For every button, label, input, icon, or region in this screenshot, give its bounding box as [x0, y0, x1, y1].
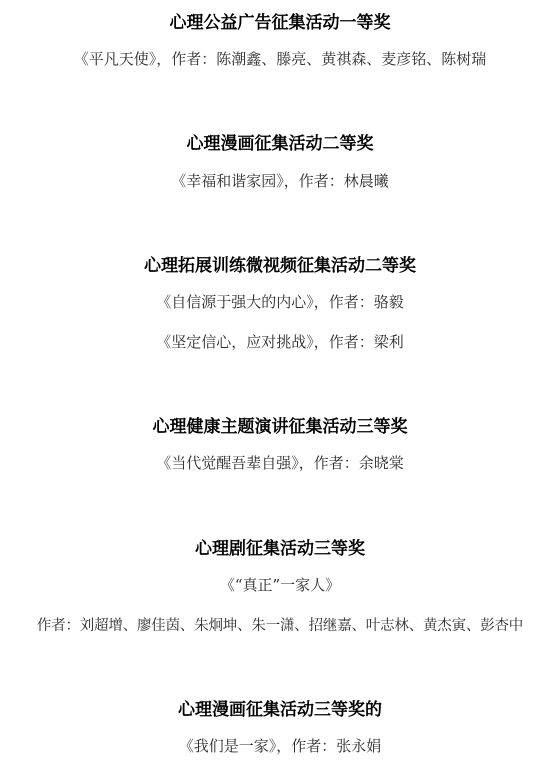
- section-heading-4: 心理健康主题演讲征集活动三等奖: [0, 412, 560, 437]
- section-heading-1: 心理公益广告征集活动一等奖: [0, 8, 560, 33]
- section-heading-3: 心理拓展训练微视频征集活动二等奖: [0, 251, 560, 276]
- section-heading-6: 心理漫画征集活动三等奖的: [0, 695, 560, 720]
- award-entry-4-1: 《当代觉醒吾辈自强》，作者：余晓棠: [0, 452, 560, 473]
- award-entry-1-1: 《平凡天使》，作者：陈潮鑫、滕亮、黄祺森、麦彦铭、陈树瑞: [0, 48, 560, 69]
- award-entry-3-1: 《自信源于强大的内心》，作者：骆毅: [0, 291, 560, 312]
- award-entry-3-2: 《坚定信心，应对挑战》，作者：梁利: [0, 331, 560, 352]
- award-entry-5-title: 《“真正”一家人》: [0, 574, 560, 595]
- award-entry-5-authors: 作者：刘超增、廖佳茵、朱炯坤、朱一潇、招继嘉、叶志林、黄杰寅、彭杏中: [0, 614, 560, 635]
- award-entry-2-1: 《幸福和谐家园》，作者：林晨曦: [0, 170, 560, 191]
- award-entry-6-1: 《我们是一家》，作者：张永娟: [0, 735, 560, 756]
- section-heading-5: 心理剧征集活动三等奖: [0, 534, 560, 559]
- section-heading-2: 心理漫画征集活动二等奖: [0, 129, 560, 154]
